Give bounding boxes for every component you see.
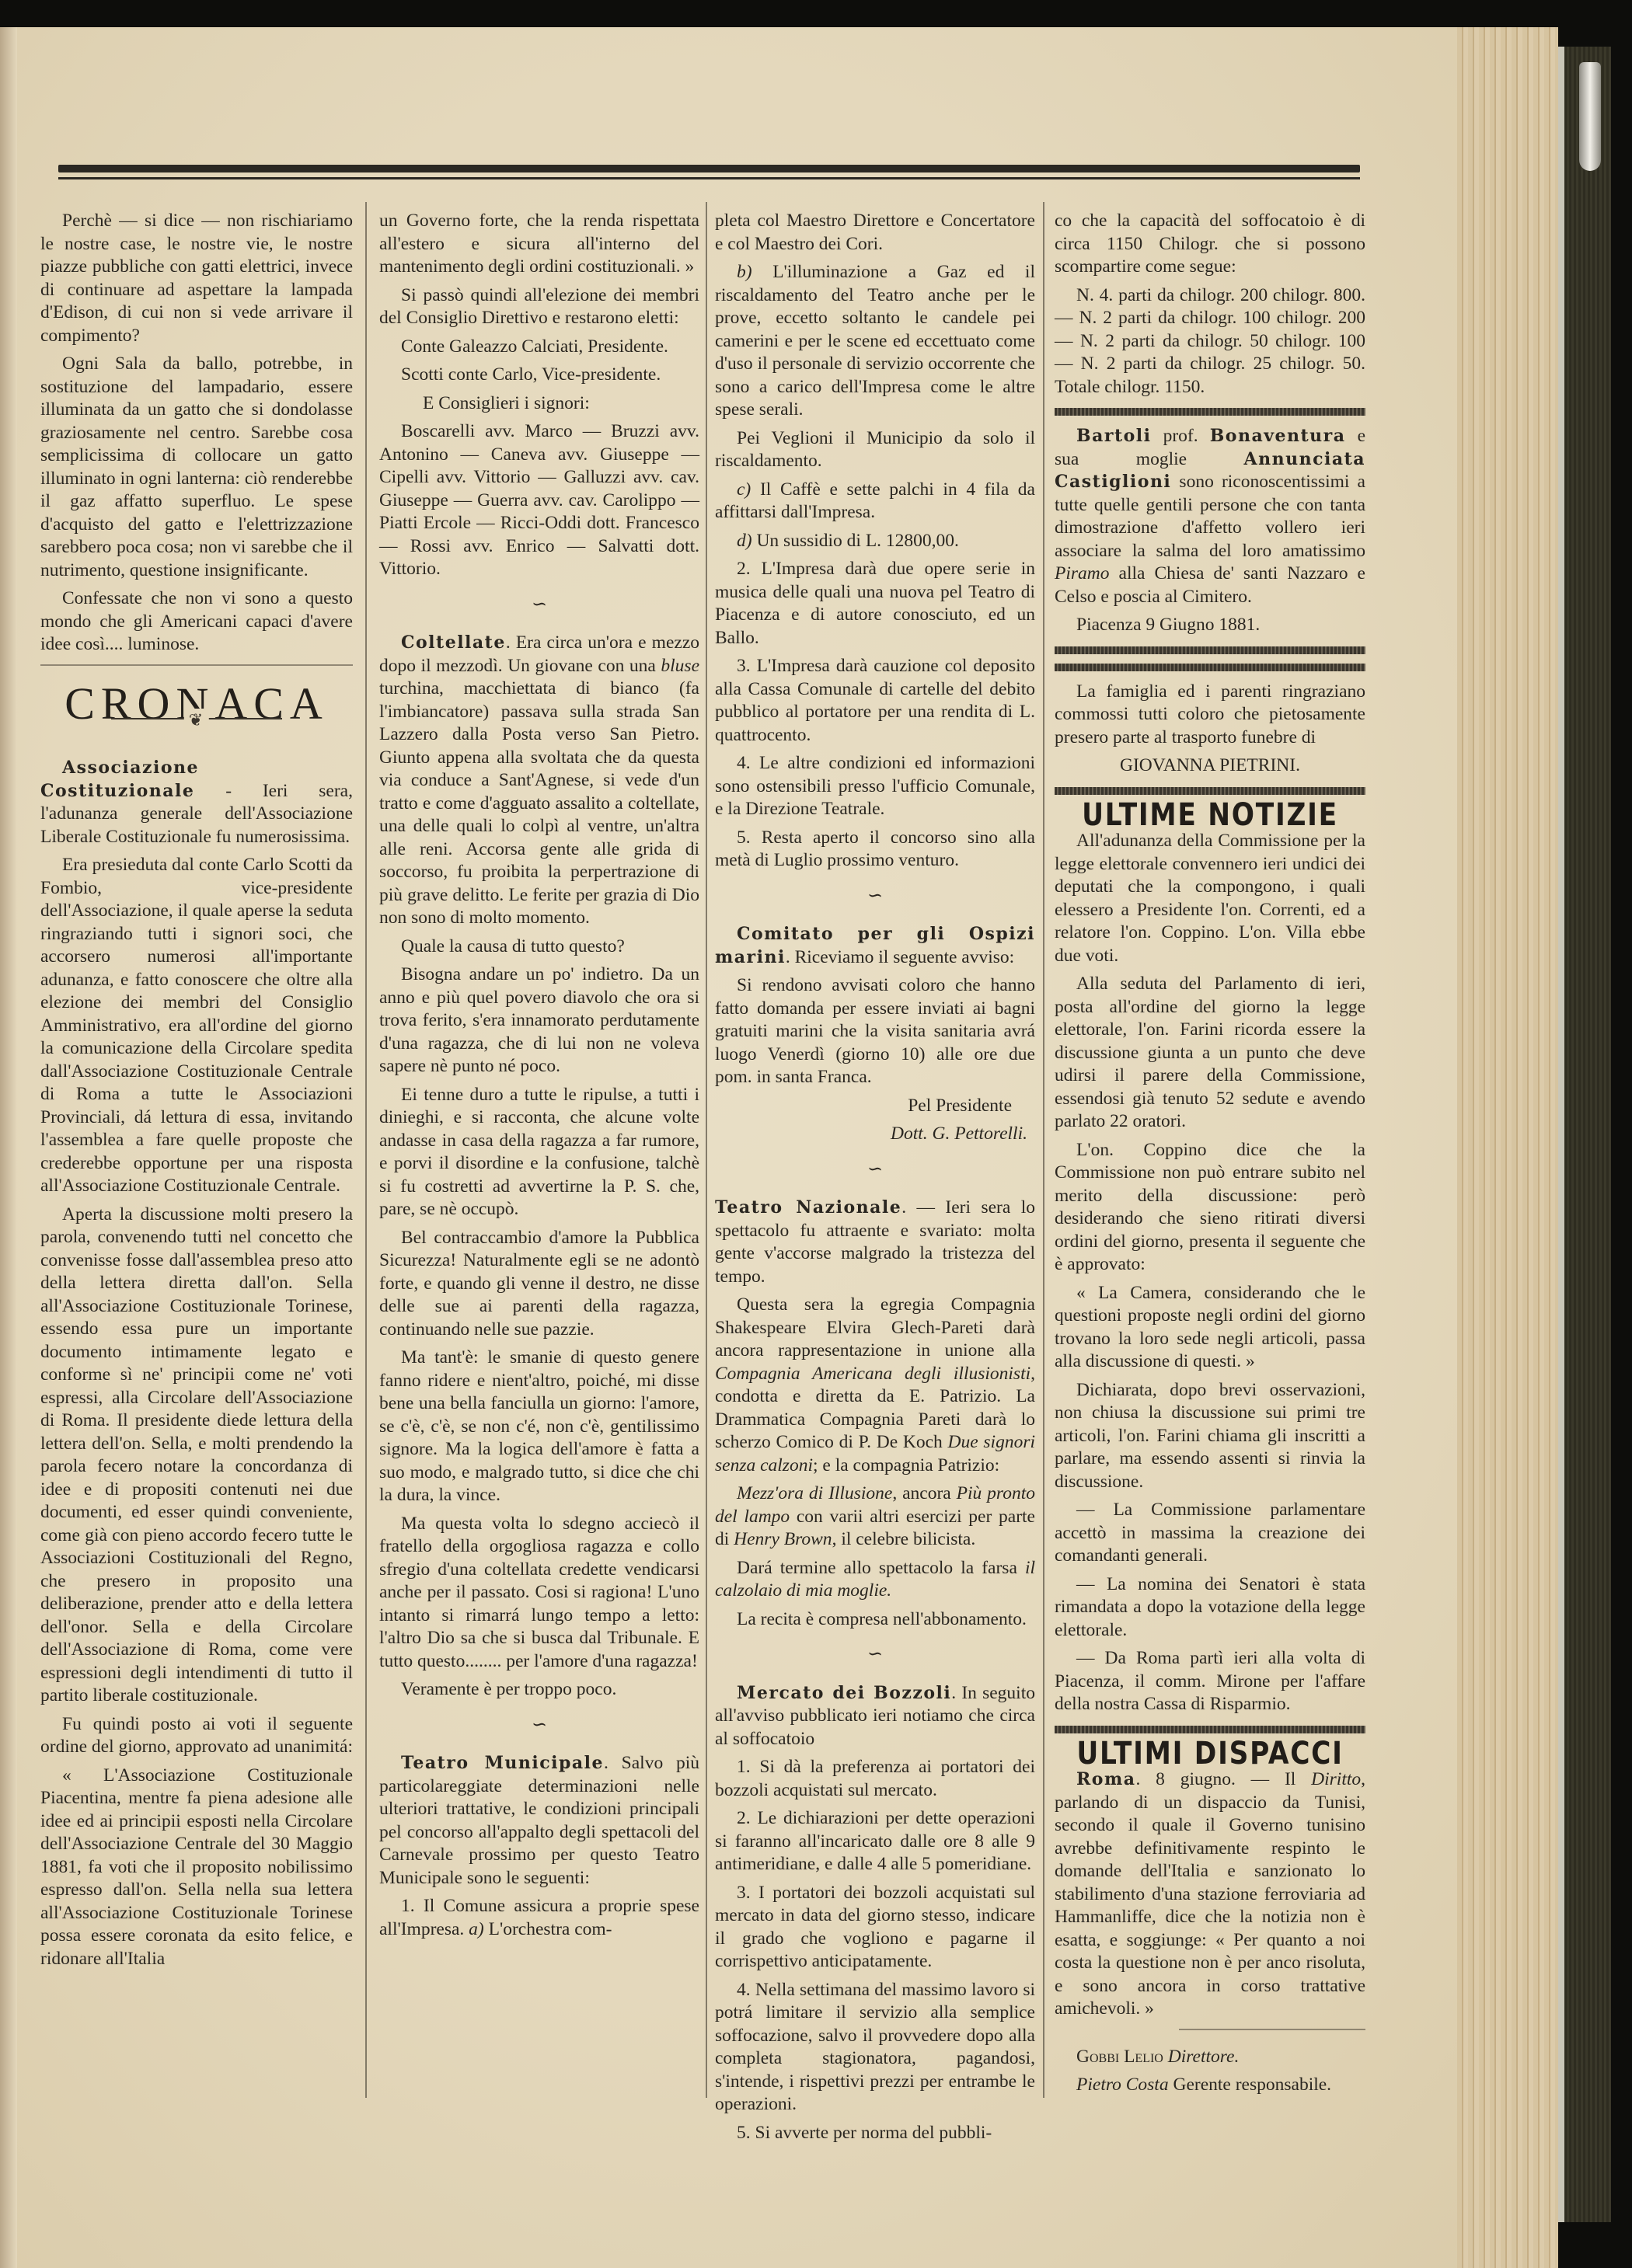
article-paragraph: N. 4. parti da chilogr. 200 chilogr. 800… [1055, 284, 1365, 399]
article-headline: Associazione Costituzionale [40, 758, 199, 801]
article-headline: Mercato dei Bozzoli [737, 1683, 951, 1703]
list-item: 1. Si dà la preferenza ai portatori dei … [715, 1756, 1035, 1802]
hatched-divider [1055, 408, 1365, 416]
flourish-separator-icon: ∽ [715, 1158, 1035, 1182]
list-item: 4. Nella settimana del massimo lavoro si… [715, 1979, 1035, 2116]
ornament-flourish-icon: ❦ [111, 718, 282, 719]
article-paragraph: Ogni Sala da ballo, potrebbe, in sostitu… [40, 353, 353, 582]
article-paragraph: Era presieduta dal conte Carlo Scotti da… [40, 854, 353, 1198]
article-headline: Teatro Municipale [401, 1753, 604, 1773]
article-assoc-intro: Associazione Costituzionale - Ieri sera,… [40, 757, 353, 848]
signature-title: Pel Presidente [715, 1095, 1035, 1118]
elected-president: Conte Galeazzo Calciati, Presidente. [379, 336, 699, 359]
article-paragraph: Quale la causa di tutto questo? [379, 935, 699, 959]
notice-deceased-name: GIOVANNA PIETRINI. [1055, 754, 1365, 778]
article-quote: « L'Associazione Costituzionale Piacenti… [40, 1765, 353, 1971]
article-paragraph: Veramente è per troppo poco. [379, 1678, 699, 1702]
elected-vice-president: Scotti conte Carlo, Vice-presidente. [379, 364, 699, 387]
hatched-divider [1055, 1726, 1365, 1733]
list-item: 3. I portatori dei bozzoli acquistati su… [715, 1882, 1035, 1974]
article-paragraph: L'on. Coppino dice che la Commissione no… [1055, 1139, 1365, 1277]
list-item: c) Il Caffè e sette palchi in 4 fila da … [715, 479, 1035, 524]
article-coltellate: Coltellate. Era circa un'ora e mezzo dop… [379, 632, 699, 930]
column-4: co che la capacità del soffocatoio è di … [1055, 210, 1365, 2103]
article-paragraph: Bisogna andare un po' indietro. Da un an… [379, 963, 699, 1078]
article-paragraph: — La Commissione parlamentare accettò in… [1055, 1499, 1365, 1568]
page-gutter [0, 27, 17, 2268]
flourish-separator-icon: ∽ [379, 1714, 699, 1737]
article-paragraph: Alla seduta del Parlamento di ieri, post… [1055, 973, 1365, 1134]
article-paragraph: Fu quindi posto ai voti il seguente ordi… [40, 1713, 353, 1759]
article-paragraph: pleta col Maestro Direttore e Concertato… [715, 210, 1035, 256]
article-paragraph: Ma tant'è: le smanie di questo genere fa… [379, 1347, 699, 1507]
article-paragraph: — La nomina dei Senatori è stata rimanda… [1055, 1573, 1365, 1643]
councillors-list: Boscarelli avv. Marco — Bruzzi avv. Anto… [379, 420, 699, 581]
hatched-divider [1055, 646, 1365, 654]
article-paragraph: co che la capacità del soffocatoio è di … [1055, 210, 1365, 279]
section-divider [1179, 2029, 1365, 2030]
flourish-separator-icon: ∽ [715, 1643, 1035, 1667]
article-headline: Coltellate [401, 632, 506, 653]
article-paragraph: Ma questa volta lo sdegno acciecò il fra… [379, 1513, 699, 1674]
masthead-gerente: Pietro Costa Gerente responsabile. [1055, 2074, 1365, 2097]
hatched-divider [1055, 787, 1365, 795]
column-divider [706, 202, 707, 2098]
article-paragraph: Questa sera la egregia Compagnia Shakesp… [715, 1294, 1035, 1477]
flourish-separator-icon: ∽ [379, 594, 699, 617]
dispatch-roma: Roma. 8 giugno. — Il Diritto, parlando d… [1055, 1768, 1365, 2021]
list-item: 5. Si avverte per norma del pubbli- [715, 2122, 1035, 2145]
hatched-divider [1055, 664, 1365, 671]
article-headline: Roma [1076, 1769, 1136, 1789]
header-double-rule [58, 165, 1360, 185]
masthead-director: Gobbi Lelio Direttore. [1055, 2046, 1365, 2069]
book-binding [1558, 47, 1611, 2222]
article-paragraph: Si passò quindi all'elezione dei membri … [379, 284, 699, 330]
column-divider [365, 202, 367, 2098]
notice-bartoli: Bartoli prof. Bonaventura e sua moglie A… [1055, 425, 1365, 608]
column-2: un Governo forte, che la renda rispettat… [379, 210, 699, 1946]
section-divider [40, 664, 353, 666]
notice-date: Piacenza 9 Giugno 1881. [1055, 614, 1365, 637]
article-paragraph: Perchè — si dice — non rischiariamo le n… [40, 210, 353, 347]
article-paragraph: Aperta la discussione molti presero la p… [40, 1204, 353, 1708]
article-paragraph: La recita è compresa nell'abbonamento. [715, 1608, 1035, 1632]
list-item: d) Un sussidio di L. 12800,00. [715, 530, 1035, 553]
binding-clasp [1579, 62, 1601, 171]
article-paragraph: — Da Roma partì ieri alla volta di Piace… [1055, 1647, 1365, 1716]
section-title-ultime-notizie: ULTIME NOTIZIE [1076, 804, 1344, 827]
article-paragraph: All'adunanza della Commissione per la le… [1055, 830, 1365, 967]
signature-name: Dott. G. Pettorelli. [715, 1123, 1035, 1146]
article-mercato-bozzoli: Mercato dei Bozzoli. In seguito all'avvi… [715, 1682, 1035, 1751]
page-edge-stack [1457, 27, 1558, 2268]
column-3: pleta col Maestro Direttore e Concertato… [715, 210, 1035, 2150]
list-item: 1. Il Comune assicura a proprie spese al… [379, 1895, 699, 1941]
section-title-ultimi-dispacci: ULTIMI DISPACCI [1076, 1743, 1344, 1766]
article-ospizi-marini: Comitato per gli Ospizi marini. Riceviam… [715, 923, 1035, 969]
article-headline: Teatro Nazionale [715, 1197, 901, 1218]
list-item: 3. L'Impresa darà cauzione col deposito … [715, 655, 1035, 747]
list-item: 5. Resta aperto il concorso sino alla me… [715, 827, 1035, 873]
article-paragraph: Mezz'ora di Illusione, ancora Più pronto… [715, 1482, 1035, 1552]
article-teatro-nazionale: Teatro Nazionale. — Ieri sera lo spettac… [715, 1197, 1035, 1288]
article-quote: « La Camera, considerando che le questio… [1055, 1282, 1365, 1374]
list-item: 4. Le altre condizioni ed informazioni s… [715, 752, 1035, 821]
article-paragraph: Si rendono avvisati coloro che hanno fat… [715, 974, 1035, 1089]
flourish-separator-icon: ∽ [715, 885, 1035, 908]
article-teatro-municipale: Teatro Municipale. Salvo più particolare… [379, 1752, 699, 1890]
article-paragraph: Ei tenne duro a tutte le ripulse, a tutt… [379, 1084, 699, 1221]
column-1: Perchè — si dice — non rischiariamo le n… [40, 210, 353, 1976]
article-paragraph: Bel contraccambio d'amore la Pubblica Si… [379, 1227, 699, 1342]
article-paragraph: Dichiarata, dopo brevi osservazioni, non… [1055, 1379, 1365, 1494]
article-paragraph: Dará termine allo spettacolo la farsa il… [715, 1557, 1035, 1603]
list-item: b) L'illuminazione a Gaz ed il riscaldam… [715, 261, 1035, 422]
article-paragraph: Pei Veglioni il Municipio da solo il ris… [715, 427, 1035, 473]
councillors-label: E Consiglieri i signori: [379, 392, 699, 416]
column-divider [1043, 202, 1044, 2098]
article-paragraph: un Governo forte, che la renda rispettat… [379, 210, 699, 279]
notice-famiglia: La famiglia ed i parenti ringraziano com… [1055, 681, 1365, 750]
list-item: 2. L'Impresa darà due opere serie in mus… [715, 558, 1035, 650]
list-item: 2. Le dichiarazioni per dette operazioni… [715, 1807, 1035, 1876]
article-paragraph: Confessate che non vi sono a questo mond… [40, 587, 353, 657]
